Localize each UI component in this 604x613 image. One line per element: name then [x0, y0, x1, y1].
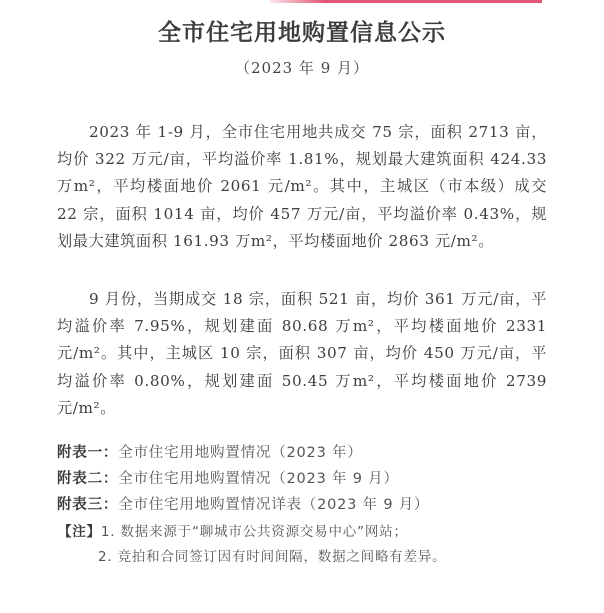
page-title: 全市住宅用地购置信息公示 [0, 14, 604, 47]
note-item: 2. 竞拍和合同签订因有时间间隔，数据之间略有差异。 [58, 545, 446, 570]
notes-section: 【注】1. 数据来源于“聊城市公共资源交易中心”网站； 2. 竞拍和合同签订因有… [58, 520, 446, 570]
note-text: 1. 数据来源于“聊城市公共资源交易中心”网站； [101, 524, 408, 540]
appendix-item: 附表一：全市住宅用地购置情况（2023 年） [57, 440, 429, 466]
top-red-rule [270, 0, 542, 3]
appendix-item: 附表三：全市住宅用地购置情况详表（2023 年 9 月） [57, 492, 429, 518]
appendix-description: 全市住宅用地购置情况（2023 年 9 月） [118, 471, 399, 487]
paragraph-text: 9 月份，当期成交 18 宗，面积 521 亩，均价 361 万元/亩，平均溢价… [57, 290, 547, 417]
appendix-label: 附表二： [57, 471, 118, 487]
appendix-list: 附表一：全市住宅用地购置情况（2023 年） 附表二：全市住宅用地购置情况（20… [57, 440, 429, 518]
summary-paragraph-september: 9 月份，当期成交 18 宗，面积 521 亩，均价 361 万元/亩，平均溢价… [57, 286, 547, 422]
summary-paragraph-year-to-date: 2023 年 1-9 月，全市住宅用地共成交 75 宗，面积 2713 亩，均价… [57, 119, 547, 255]
paragraph-text: 2023 年 1-9 月，全市住宅用地共成交 75 宗，面积 2713 亩，均价… [57, 123, 547, 250]
note-text: 2. 竞拍和合同签订因有时间间隔，数据之间略有差异。 [98, 549, 446, 565]
appendix-item: 附表二：全市住宅用地购置情况（2023 年 9 月） [57, 466, 429, 492]
note-tag: 【注】 [58, 524, 101, 540]
note-item: 【注】1. 数据来源于“聊城市公共资源交易中心”网站； [58, 520, 446, 545]
appendix-label: 附表一： [57, 445, 118, 461]
appendix-description: 全市住宅用地购置情况详表（2023 年 9 月） [118, 497, 429, 513]
page-subtitle-date: （2023 年 9 月） [0, 57, 604, 78]
appendix-label: 附表三： [57, 497, 118, 513]
appendix-description: 全市住宅用地购置情况（2023 年） [118, 445, 362, 461]
